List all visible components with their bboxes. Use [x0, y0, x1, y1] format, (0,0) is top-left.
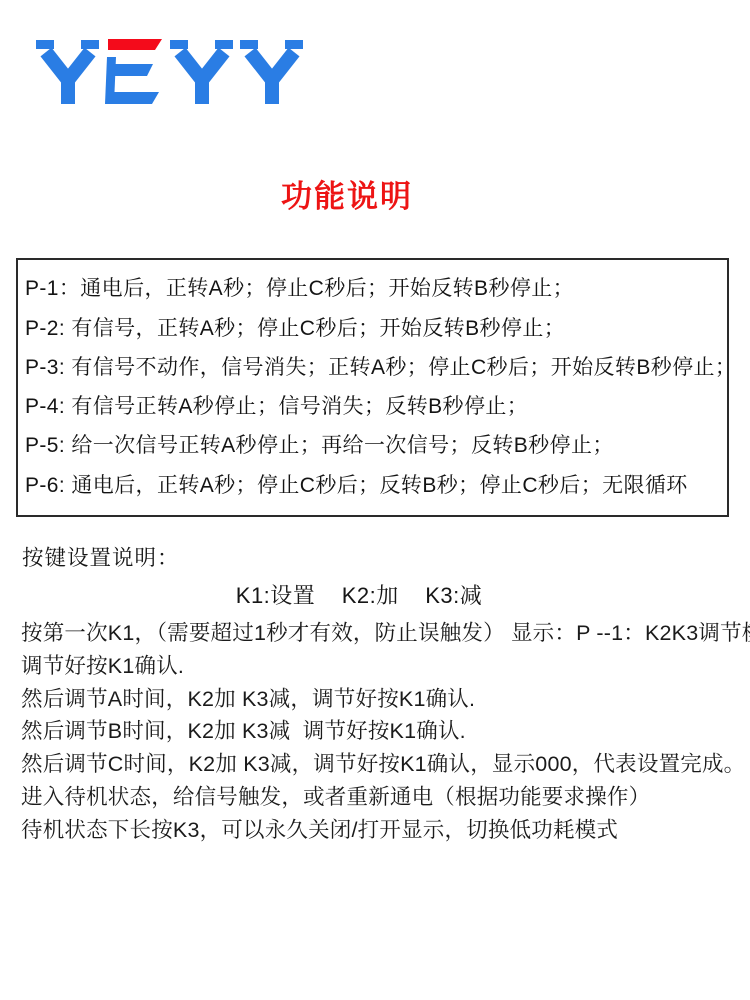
- instruction-line: 调节好按K1确认.: [21, 650, 743, 683]
- instruction-line: 待机状态下长按K3，可以永久关闭/打开显示，切换低功耗模式: [21, 814, 743, 847]
- function-row-p5: P-5: 给一次信号正转A秒停止；再给一次信号；反转B秒停止；: [25, 434, 723, 458]
- page-title: 功能说明: [0, 171, 694, 216]
- function-mode-box: P-1：通电后，正转A秒；停止C秒后；开始反转B秒停止； P-2: 有信号，正转…: [16, 258, 729, 517]
- instruction-line: 然后调节C时间，K2加 K3减，调节好按K1确认，显示000，代表设置完成。: [21, 748, 743, 781]
- key-legend: K1:设置 K2:加 K3:减: [0, 579, 718, 610]
- function-row-p1: P-1：通电后，正转A秒；停止C秒后；开始反转B秒停止；: [25, 277, 723, 301]
- brand-logo: [36, 37, 306, 107]
- function-row-p2: P-2: 有信号，正转A秒；停止C秒后；开始反转B秒停止；: [25, 317, 723, 341]
- yeyy-logo-icon: [36, 37, 306, 107]
- keys-section-heading: 按键设置说明：: [22, 541, 180, 572]
- instructions-block: 按第一次K1，（需要超过1秒才有效，防止误触发） 显示：P --1：K2K3调节…: [21, 617, 743, 847]
- instruction-line: 按第一次K1，（需要超过1秒才有效，防止误触发） 显示：P --1：K2K3调节…: [21, 617, 743, 650]
- function-row-p3: P-3: 有信号不动作，信号消失；正转A秒；停止C秒后；开始反转B秒停止；: [25, 356, 723, 380]
- function-row-p4: P-4: 有信号正转A秒停止；信号消失；反转B秒停止；: [25, 395, 723, 419]
- instruction-line: 然后调节A时间，K2加 K3减，调节好按K1确认.: [21, 683, 743, 716]
- instruction-line: 进入待机状态，给信号触发，或者重新通电（根据功能要求操作）: [21, 781, 743, 814]
- function-row-p6: P-6: 通电后，正转A秒；停止C秒后；反转B秒；停止C秒后；无限循环: [25, 474, 723, 498]
- instruction-line: 然后调节B时间，K2加 K3减 调节好按K1确认.: [21, 715, 743, 748]
- manual-page: 功能说明 P-1：通电后，正转A秒；停止C秒后；开始反转B秒停止； P-2: 有…: [0, 0, 750, 1000]
